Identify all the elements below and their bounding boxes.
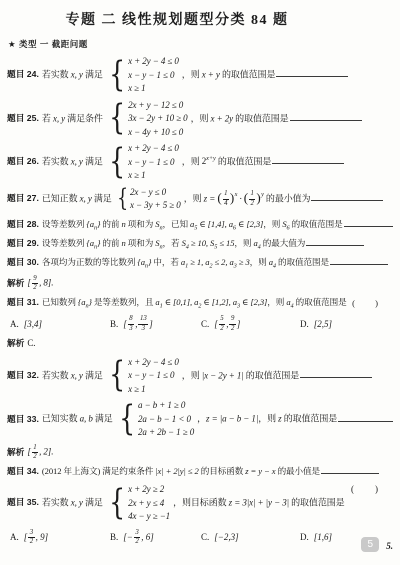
math-segment: x, y — [71, 370, 83, 380]
math-segment: , — [226, 319, 228, 329]
inequality-system: 2x + y − 12 ≤ 03x − 2y + 10 ≥ 0x − 4y + … — [106, 99, 188, 140]
system-lines: 2x + y − 12 ≤ 03x − 2y + 10 ≥ 0x − 4y + … — [128, 99, 187, 140]
text-segment: 满足 — [83, 497, 105, 507]
text-segment: 设等差数列 — [42, 219, 87, 229]
math-segment: , — [135, 319, 137, 329]
option-key: D. — [300, 319, 309, 329]
inequality-system: x + 2y ≥ 22x + y ≤ 44x − y ≥ −1 — [106, 483, 170, 524]
text-segment: 已知正数 — [42, 193, 80, 203]
option-c: C.[−2,3] — [201, 532, 300, 542]
fraction-denominator: 2 — [251, 200, 254, 208]
fraction: 12 — [249, 190, 255, 207]
problem-row: 题目 30.各项均为正数的等比数列 {an} 中，若 a1 ≥ 1, a2 ≤ … — [7, 256, 393, 271]
fraction-denominator: 3 — [142, 325, 145, 333]
text-segment: 的前 — [100, 238, 121, 248]
math-segment: ] — [149, 319, 153, 329]
inequality-system: a − b + 1 ≥ 02a − b − 1 < 02a + 2b − 1 ≥… — [116, 399, 194, 440]
parenthesized-fraction-power: 14x — [217, 190, 237, 207]
option-key: C. — [201, 319, 209, 329]
fraction-numerator: 9 — [229, 315, 235, 324]
row-label: 题目 26. — [7, 156, 39, 166]
row-label: 解析 — [7, 338, 24, 348]
text-segment: ，则 — [267, 297, 286, 307]
text-segment: 项和为 — [126, 219, 156, 229]
left-brace-glyph — [109, 360, 125, 392]
close-paren-glyph — [230, 191, 234, 207]
text-segment: 满足 — [83, 370, 105, 380]
text-segment: 满足 — [93, 414, 115, 424]
math-segment: x, y — [53, 113, 65, 123]
fraction-denominator: 2 — [33, 284, 36, 292]
system-line: x + 2y ≥ 2 — [128, 483, 170, 497]
subscripted-symbol: a3 — [229, 257, 236, 267]
analysis-row: 解析[12, 2]. — [7, 444, 393, 461]
subscripted-symbol: a4 — [253, 238, 260, 248]
system-line: x − 4y + 10 ≤ 0 — [128, 126, 187, 140]
fraction: 12 — [32, 444, 38, 461]
math-segment: z = 3|x| + |y − 3| — [229, 497, 289, 507]
text-segment: 的取值范围是 — [216, 156, 272, 166]
text-segment: 若实数 — [42, 370, 71, 380]
fraction: 92 — [229, 315, 235, 332]
inequality-system: x + 2y − 4 ≤ 0x − y − 1 ≤ 0x ≥ 1 — [106, 356, 179, 397]
math-segment: ∈ [1,4], — [197, 219, 228, 229]
row-label: 题目 33. — [7, 414, 39, 424]
text-segment: 中，若 — [151, 257, 181, 267]
subscripted-symbol: a6 — [229, 219, 236, 229]
math-segment: z = y − x — [245, 466, 275, 476]
blank-line — [276, 69, 348, 77]
math-segment: ∈ [2,3] — [236, 219, 263, 229]
text-segment: 的前 — [100, 219, 121, 229]
option-a: A.[32, 9] — [10, 529, 110, 546]
math-segment: z = |a − b − 1| — [206, 414, 258, 424]
system-line: 2a − b − 1 < 0 — [138, 413, 194, 427]
inequality-system: x + 2y − 4 ≤ 0x − y − 1 ≤ 0x ≥ 1 — [106, 142, 179, 183]
text-segment: ，则 — [263, 219, 282, 229]
text-segment: 满足 — [92, 193, 114, 203]
fraction-numerator: 3 — [28, 529, 34, 538]
fraction: 92 — [32, 275, 38, 292]
text-segment: ，若 — [163, 238, 182, 248]
analysis-row: 解析[92, 8]. — [7, 275, 393, 292]
text-segment: 若实数 — [42, 156, 71, 166]
math-segment: |x − 2y + 1| — [202, 370, 244, 380]
row-label: 题目 32. — [7, 370, 39, 380]
problem-row: 题目 27.已知正数 x, y 满足 2x − y ≤ 0x − 3y + 5 … — [7, 185, 393, 214]
row-label: 题目 28. — [7, 219, 39, 229]
problem-row: 题目 31.已知数列 {an} 是等差数列，且 a1 ∈ [0,1], a2 ∈… — [7, 296, 393, 311]
text-segment: 的取值范围是 — [276, 257, 329, 267]
text-segment: 已知实数 — [42, 414, 80, 424]
system-line: x − 3y + 5 ≥ 0 — [130, 199, 181, 213]
math-segment: [1,6] — [314, 532, 332, 542]
system-line: x + 2y − 4 ≤ 0 — [128, 142, 179, 156]
math-segment: ≤ 15 — [217, 238, 234, 248]
math-segment: , 9] — [36, 532, 49, 542]
blank-line — [306, 238, 364, 246]
fraction: 32 — [28, 529, 34, 546]
option-key: B. — [110, 319, 118, 329]
system-lines: a − b + 1 ≥ 02a − b − 1 < 02a + 2b − 1 ≥… — [138, 399, 194, 440]
math-segment: x + 2y — [211, 113, 233, 123]
math-segment: x + y — [202, 69, 220, 79]
math-segment: [3,4] — [24, 319, 42, 329]
fraction-denominator: 2 — [135, 538, 138, 546]
problem-row: 题目 26.若实数 x, y 满足 x + 2y − 4 ≤ 0x − y − … — [7, 141, 393, 184]
system-line: x + 2y − 4 ≤ 0 — [128, 356, 179, 370]
row-label: 题目 25. — [7, 113, 39, 123]
problem-row: 题目 29.设等差数列 {an} 的前 n 项和为 Sn，若 S4 ≥ 10, … — [7, 237, 393, 252]
math-segment: ≥ 3 — [237, 257, 250, 267]
option-a: A.[3,4] — [10, 319, 110, 329]
system-lines: x + 2y − 4 ≤ 0x − y − 1 ≤ 0x ≥ 1 — [128, 55, 179, 96]
system-line: 3x − 2y + 10 ≥ 0 — [128, 112, 187, 126]
fraction: 14 — [223, 190, 229, 207]
blank-line — [321, 466, 379, 474]
text-segment: 各项均为正数的等比数列 — [42, 257, 137, 267]
math-segment: [ — [27, 278, 30, 288]
text-segment: ，则 — [258, 414, 278, 424]
fraction-numerator: 5 — [219, 315, 225, 324]
fraction-denominator: 4 — [224, 200, 227, 208]
system-line: 2x + y − 12 ≤ 0 — [128, 99, 187, 113]
math-segment: , 8]. — [39, 278, 53, 288]
fraction-exponent: y — [261, 190, 264, 199]
text-segment: 设等差数列 — [42, 238, 87, 248]
system-lines: x + 2y ≥ 22x + y ≤ 44x − y ≥ −1 — [128, 483, 170, 524]
problem-row: 题目 35.若实数 x, y 满足 x + 2y ≥ 22x + y ≤ 44x… — [7, 482, 393, 525]
text-segment: ，则 — [191, 113, 211, 123]
math-segment: , 6] — [141, 532, 154, 542]
left-brace-glyph — [109, 103, 125, 135]
math-segment: [2,5] — [314, 319, 332, 329]
problem-row: 题目 34.(2012 年上海文) 满足约束条件 |x| + 2|y| ≤ 2 … — [7, 465, 393, 478]
option-c: C.[52, 92] — [201, 315, 300, 332]
fraction-denominator: 2 — [231, 325, 234, 333]
math-segment: [−2,3] — [214, 532, 238, 542]
page-title: 专题 二 线性规划题型分类 84 题 — [7, 9, 393, 29]
system-lines: 2x − y ≤ 0x − 3y + 5 ≥ 0 — [130, 186, 181, 213]
answer-parentheses — [352, 297, 379, 310]
system-line: x ≥ 1 — [128, 169, 179, 183]
text-segment: ，则目标函数 — [173, 497, 229, 507]
math-segment: [ — [214, 319, 218, 329]
text-segment: 是等差数列，且 — [92, 297, 156, 307]
text-segment: 满足 — [83, 156, 105, 166]
math-segment: [ — [123, 319, 127, 329]
row-label: 题目 35. — [7, 497, 39, 507]
text-segment: 的取值范围是 — [290, 219, 343, 229]
answer-parentheses — [351, 483, 379, 497]
row-label: 题目 34. — [7, 466, 39, 476]
math-segment: [ — [27, 447, 30, 457]
text-segment: ，已知 — [163, 219, 191, 229]
text-segment: 的取值范围是 — [244, 370, 300, 380]
text-segment: 的最小值是 — [276, 466, 321, 476]
math-segment: ≤ 2, — [212, 257, 229, 267]
option-key: A. — [10, 319, 19, 329]
text-segment: 的取值范围是 — [282, 414, 338, 424]
system-lines: x + 2y − 4 ≤ 0x − y − 1 ≤ 0x ≥ 1 — [128, 142, 179, 183]
text-segment: 的取值范围是 — [220, 69, 276, 79]
text-segment: ，则 — [182, 69, 202, 79]
fraction-numerator: 1 — [249, 190, 255, 199]
text-segment: 若实数 — [42, 497, 71, 507]
text-segment: 若 — [42, 113, 53, 123]
math-segment: [ — [24, 532, 28, 542]
option-b: B.[83, 133] — [110, 315, 201, 332]
math-segment: , 2]. — [39, 447, 53, 457]
math-segment: |x| + 2|y| ≤ 2 — [155, 466, 198, 476]
text-segment: ，则 — [250, 257, 269, 267]
fraction: 133 — [138, 315, 148, 332]
fraction-exponent: x — [235, 190, 238, 199]
inequality-system: x + 2y − 4 ≤ 0x − y − 1 ≤ 0x ≥ 1 — [106, 55, 179, 96]
sup-exponent: x+y — [206, 155, 216, 162]
document-page: 专题 二 线性规划题型分类 84 题 ★ 类型 一 截距问题 题目 24.若实数… — [0, 0, 400, 546]
math-segment: z = — [204, 193, 218, 203]
row-label: 题目 29. — [7, 238, 39, 248]
text-segment: 若实数 — [42, 69, 71, 79]
fraction: 32 — [134, 529, 140, 546]
fraction-denominator: 2 — [33, 453, 36, 461]
superscripted-symbol: 2x+y — [202, 156, 216, 166]
close-paren-glyph — [256, 191, 260, 207]
fraction-denominator: 3 — [129, 325, 132, 333]
text-segment: 的取值范围是 — [294, 297, 347, 307]
math-segment: ∈ [1,2], — [201, 297, 232, 307]
row-label: 解析 — [7, 447, 24, 457]
option-d: D.[2,5] — [300, 319, 393, 329]
text-segment: ，则 — [182, 156, 202, 166]
section-heading: ★ 类型 一 截距问题 — [8, 38, 393, 50]
system-line: 2a + 2b − 1 ≥ 0 — [138, 426, 194, 440]
text-segment: 的取值范围是 — [233, 113, 289, 123]
subscripted-symbol: S4 — [182, 238, 189, 248]
system-line: x − y − 1 ≤ 0 — [128, 69, 179, 83]
page-number-badge: 5 — [361, 537, 379, 552]
text-segment: C. — [27, 338, 35, 348]
left-brace-glyph — [109, 147, 125, 179]
system-line: a − b + 1 ≥ 0 — [138, 399, 194, 413]
subscripted-symbol: S6 — [282, 219, 289, 229]
analysis-row: 解析C. — [7, 337, 393, 351]
inequality-system: 2x − y ≤ 0x − 3y + 5 ≥ 0 — [115, 186, 181, 213]
problem-row: 题目 32.若实数 x, y 满足 x + 2y − 4 ≤ 0x − y − … — [7, 355, 393, 398]
options-row: A.[32, 9]B.[−32, 6]C.[−2,3]D.[1,6] — [10, 529, 393, 546]
math-segment: ≥ 10, — [189, 238, 210, 248]
math-segment: x, y — [71, 156, 83, 166]
fraction-numerator: 13 — [138, 315, 148, 324]
option-key: A. — [10, 532, 19, 542]
left-brace-glyph — [109, 60, 125, 92]
problem-row: 题目 24.若实数 x, y 满足 x + 2y − 4 ≤ 0x − y − … — [7, 54, 393, 97]
subscripted-symbol: an — [90, 219, 97, 229]
fraction-numerator: 8 — [128, 315, 134, 324]
fraction-denominator: 2 — [30, 538, 33, 546]
subscripted-symbol: a4 — [269, 257, 276, 267]
text-segment: 的目标函数 — [199, 466, 246, 476]
system-line: 2x + y ≤ 4 — [128, 497, 170, 511]
fraction-numerator: 3 — [134, 529, 140, 538]
subscripted-symbol: a3 — [233, 297, 240, 307]
math-segment: ] — [237, 319, 241, 329]
option-d: D.[1,6] — [300, 532, 393, 542]
subscripted-symbol: an — [81, 297, 88, 307]
problem-row: 题目 33.已知实数 a, b 满足 a − b + 1 ≥ 02a − b −… — [7, 398, 393, 441]
left-brace-glyph — [109, 488, 125, 520]
left-brace-glyph — [119, 404, 135, 436]
text-segment: 满足 — [83, 69, 105, 79]
fraction-numerator: 1 — [223, 190, 229, 199]
text-segment: 项和为 — [126, 238, 156, 248]
blank-line — [290, 113, 362, 121]
math-segment: x, y — [71, 497, 83, 507]
open-paren-glyph — [217, 191, 221, 207]
page-footnote: 5. — [386, 541, 393, 551]
system-lines: x + 2y − 4 ≤ 0x − y − 1 ≤ 0x ≥ 1 — [128, 356, 179, 397]
row-label: 题目 31. — [7, 297, 39, 307]
parenthesized-fraction-power: 12y — [244, 190, 264, 207]
text-segment: (2012 年上海文) 满足约束条件 — [42, 466, 155, 476]
blank-line — [300, 370, 372, 378]
math-segment: [− — [123, 532, 133, 542]
system-line: x ≥ 1 — [128, 383, 179, 397]
text-segment: ，则 — [182, 370, 202, 380]
blank-line — [338, 414, 393, 422]
blank-line — [311, 193, 383, 201]
subscripted-symbol: an — [90, 238, 97, 248]
fraction-numerator: 9 — [32, 275, 38, 284]
option-key: D. — [300, 532, 309, 542]
problem-row: 题目 28.设等差数列 {an} 的前 n 项和为 Sn，已知 a5 ∈ [1,… — [7, 218, 393, 233]
system-line: x − y − 1 ≤ 0 — [128, 156, 179, 170]
fraction-denominator: 2 — [220, 325, 223, 333]
math-segment: x, y — [71, 69, 83, 79]
blank-line — [344, 219, 393, 227]
problem-row: 题目 25.若 x, y 满足条件 2x + y − 12 ≤ 03x − 2y… — [7, 98, 393, 141]
text-segment: 的取值范围是 — [289, 497, 345, 507]
left-brace-glyph — [117, 188, 128, 210]
fraction: 52 — [219, 315, 225, 332]
text-segment: 已知数列 — [42, 297, 78, 307]
text-segment: ，则 — [234, 238, 253, 248]
row-label: 题目 24. — [7, 69, 39, 79]
text-segment: 满足条件 — [65, 113, 105, 123]
math-segment: a, b — [80, 414, 93, 424]
subscripted-symbol: a4 — [286, 297, 293, 307]
fraction: 83 — [128, 315, 134, 332]
row-label: 题目 30. — [7, 257, 39, 267]
option-key: C. — [201, 532, 209, 542]
system-line: 2x − y ≤ 0 — [130, 186, 181, 200]
system-line: 4x − y ≥ −1 — [128, 510, 170, 524]
math-segment: ∈ [0,1], — [163, 297, 194, 307]
math-segment: x, y — [80, 193, 92, 203]
subscripted-symbol: a1 — [155, 297, 162, 307]
system-line: x − y − 1 ≤ 0 — [128, 369, 179, 383]
option-key: B. — [110, 532, 118, 542]
subscripted-symbol: an — [141, 257, 148, 267]
open-paren-glyph — [244, 191, 248, 207]
text-segment: ，则 — [184, 193, 204, 203]
subscripted-symbol: Sn — [155, 238, 162, 248]
subscripted-symbol: Sn — [155, 219, 162, 229]
math-segment: ∈ [2,3] — [240, 297, 267, 307]
problems-list: 题目 24.若实数 x, y 满足 x + 2y − 4 ≤ 0x − y − … — [7, 54, 393, 546]
blank-line — [330, 257, 388, 265]
system-line: x ≥ 1 — [128, 82, 179, 96]
system-line: x + 2y − 4 ≤ 0 — [128, 55, 179, 69]
math-segment: ≥ 1, — [188, 257, 205, 267]
option-b: B.[−32, 6] — [110, 529, 201, 546]
blank-line — [272, 156, 344, 164]
text-segment: 的最大值为 — [261, 238, 306, 248]
options-row: A.[3,4]B.[83, 133]C.[52, 92]D.[2,5] — [10, 315, 393, 332]
row-label: 解析 — [7, 278, 24, 288]
text-segment: ， — [197, 414, 206, 424]
row-label: 题目 27. — [7, 193, 39, 203]
fraction-numerator: 1 — [32, 444, 38, 453]
text-segment: 的最小值为 — [264, 193, 311, 203]
